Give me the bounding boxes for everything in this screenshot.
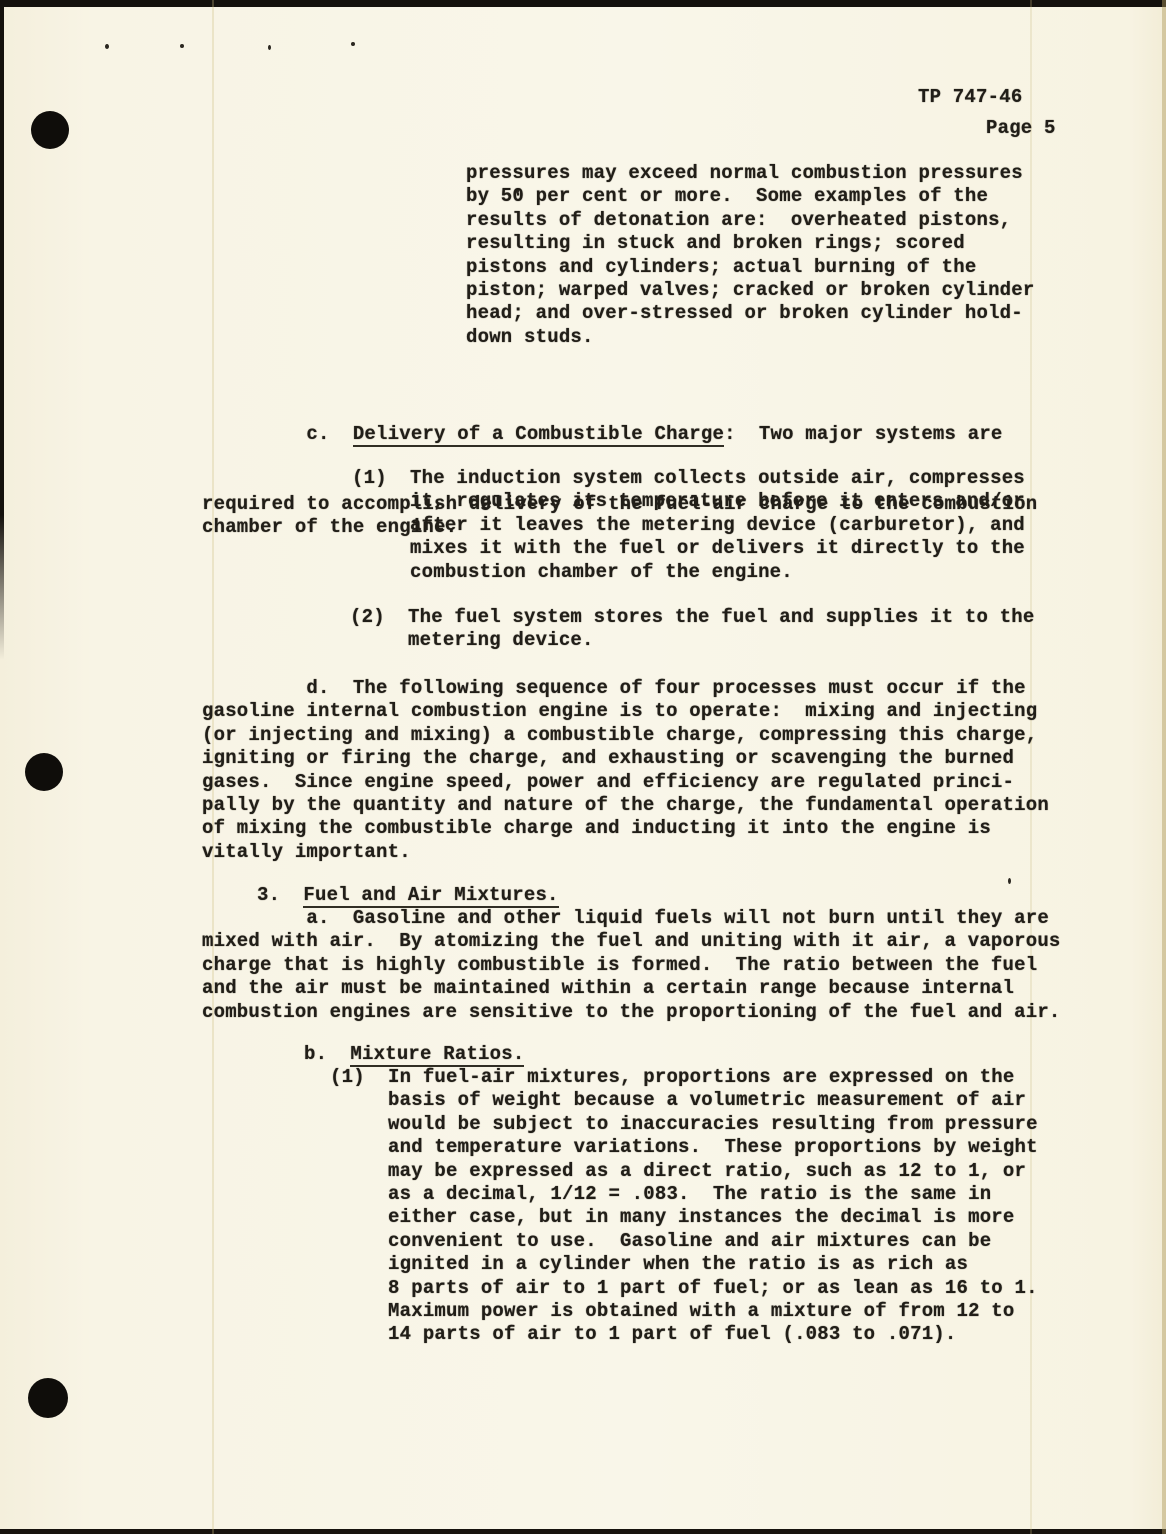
paragraph-d: d. The following sequence of four proces…	[202, 677, 1049, 864]
section-3-heading: 3. Fuel and Air Mixtures.	[257, 884, 559, 907]
paragraph-c-underlined-title: Delivery of a Combustible Charge	[353, 423, 724, 447]
paragraph-c-heading-after: : Two major systems are	[724, 423, 1002, 445]
paragraph-b-underlined-title: Mixture Ratios.	[350, 1043, 524, 1067]
scanned-document-page: TP 747-46 Page 5 pressures may exceed no…	[0, 0, 1166, 1534]
paragraph-c-heading-line: c. Delivery of a Combustible Charge: Two…	[202, 423, 1037, 446]
section-3-underlined-title: Fuel and Air Mixtures.	[303, 884, 558, 908]
ink-speck	[1008, 878, 1011, 884]
punch-hole	[28, 1378, 68, 1418]
scan-edge-top	[0, 0, 1166, 7]
paragraph-b-label: b.	[304, 1043, 350, 1065]
document-number: TP 747-46	[918, 86, 1022, 109]
list-item-c2: (2) The fuel system stores the fuel and …	[350, 606, 1035, 653]
paragraph-a: a. Gasoline and other liquid fuels will …	[202, 907, 1061, 1024]
ink-speck	[180, 44, 184, 48]
paragraph-c-lead: c.	[202, 423, 353, 445]
scan-edge-right	[1162, 0, 1166, 1534]
ink-speck	[105, 44, 109, 49]
section-3-number: 3.	[257, 884, 303, 906]
paragraph-detonation-continued: pressures may exceed normal combustion p…	[466, 162, 1035, 349]
punch-hole	[25, 753, 63, 791]
paragraph-b-heading: b. Mixture Ratios.	[304, 1043, 524, 1066]
ink-speck	[351, 42, 355, 46]
punch-hole	[31, 111, 69, 149]
scan-edge-left	[0, 0, 4, 660]
page-number: Page 5	[986, 117, 1056, 140]
ink-speck	[268, 45, 271, 50]
list-item-c1: (1) The induction system collects outsid…	[352, 467, 1025, 584]
scan-edge-bottom	[0, 1529, 1166, 1534]
list-item-b1: (1) In fuel-air mixtures, proportions ar…	[330, 1066, 1038, 1347]
